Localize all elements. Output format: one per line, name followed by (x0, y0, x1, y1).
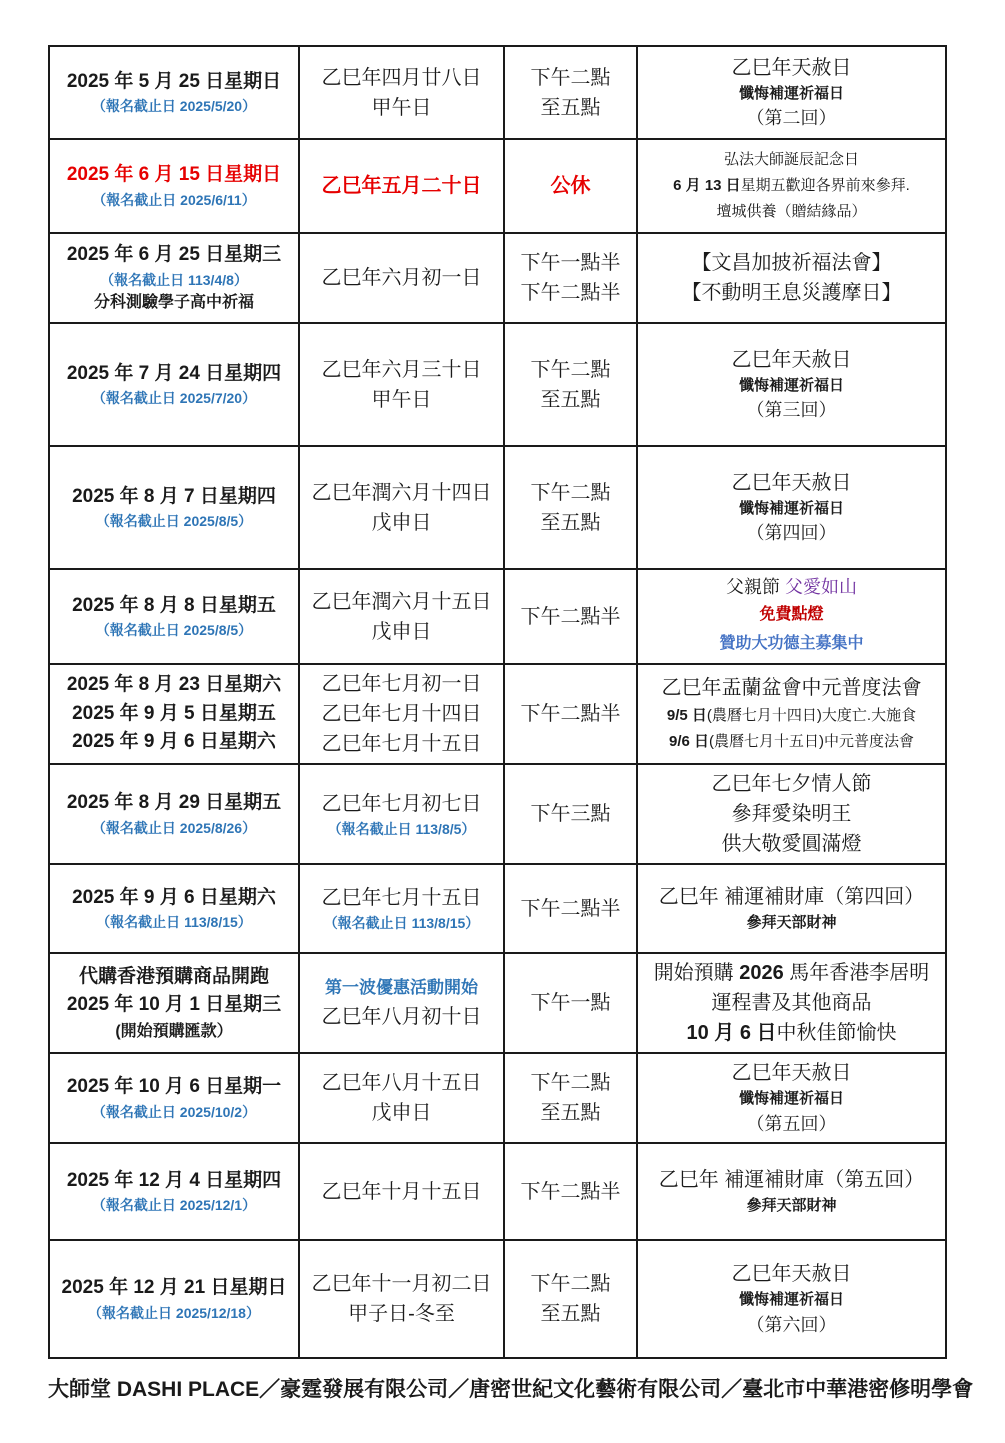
cell-lunar-date: 乙巳年潤六月十五日戊申日 (299, 569, 504, 664)
text-line: 2025 年 12 月 4 日星期四 (52, 1167, 296, 1196)
text-line: 甲午日 (302, 93, 501, 123)
text-line: （報名截止日 2025/12/1） (52, 1195, 296, 1216)
text-line: 乙巳年潤六月十四日 (302, 478, 501, 508)
text-line: 乙巳年天赦日 (640, 1259, 943, 1289)
text-line: 下午二點半 (507, 894, 634, 924)
cell-time: 下午二點至五點 (504, 1240, 637, 1358)
text-line: 供大敬愛圓滿燈 (640, 829, 943, 859)
cell-time: 下午二點至五點 (504, 323, 637, 446)
text-line: 戊申日 (302, 617, 501, 647)
table-row: 2025 年 8 月 29 日星期五（報名截止日 2025/8/26） 乙巳年七… (49, 764, 946, 864)
cell-event: 開始預購 2026 馬年香港李居明運程書及其他商品10 月 6 日中秋佳節愉快 (637, 953, 946, 1053)
text-line: （報名截止日 113/8/5） (302, 819, 501, 840)
text-line: 乙巳年八月初十日 (302, 1002, 501, 1032)
text-line: 參拜愛染明王 (640, 799, 943, 829)
text-line: 下午二點 (507, 63, 634, 93)
text-segment: 中秋佳節愉快 (777, 1022, 897, 1044)
text-line: 乙巳年八月十五日 (302, 1068, 501, 1098)
cell-event: 乙巳年天赦日懺悔補運祈福日（第三回） (637, 323, 946, 446)
text-line: 下午一點半 (507, 248, 634, 278)
text-line: 下午一點 (507, 988, 634, 1018)
text-line: 乙巳年 補運補財庫（第五回） (640, 1165, 943, 1195)
cell-gregorian-date: 2025 年 8 月 8 日星期五（報名截止日 2025/8/5） (49, 569, 299, 664)
text-segment: 父愛如山 (785, 577, 857, 597)
cell-time: 下午三點 (504, 764, 637, 864)
text-line: 戊申日 (302, 1098, 501, 1128)
text-line: 2025 年 7 月 24 日星期四 (52, 360, 296, 389)
text-line: 2025 年 12 月 21 日星期日 (52, 1274, 296, 1303)
schedule-table: 2025 年 5 月 25 日星期日（報名截止日 2025/5/20） 乙巳年四… (48, 45, 947, 1359)
text-line: （報名截止日 2025/5/20） (52, 96, 296, 117)
text-line: 代購香港預購商品開跑 (52, 963, 296, 992)
table-row: 代購香港預購商品開跑2025 年 10 月 1 日星期三(開始預購匯款） 第一波… (49, 953, 946, 1053)
text-line: 乙巳年天赦日 (640, 468, 943, 498)
cell-gregorian-date: 2025 年 9 月 6 日星期六（報名截止日 113/8/15） (49, 864, 299, 953)
text-segment: 6 月 13 日 (673, 177, 741, 194)
text-line: 懺悔補運祈福日 (640, 83, 943, 106)
table-row: 2025 年 7 月 24 日星期四（報名截止日 2025/7/20） 乙巳年六… (49, 323, 946, 446)
cell-event: 【文昌加披祈福法會】【不動明王息災護摩日】 (637, 233, 946, 323)
text-line: 下午二點半 (507, 278, 634, 308)
cell-time: 下午二點至五點 (504, 446, 637, 569)
text-line: 2025 年 8 月 29 日星期五 (52, 789, 296, 818)
text-line: （第三回） (640, 397, 943, 424)
table-row: 2025 年 8 月 8 日星期五（報名截止日 2025/8/5） 乙巳年潤六月… (49, 569, 946, 664)
cell-lunar-date: 第一波優惠活動開始乙巳年八月初十日 (299, 953, 504, 1053)
text-line: （報名截止日 2025/8/26） (52, 818, 296, 839)
text-line: 2025 年 9 月 6 日星期六 (52, 728, 296, 757)
text-line: 乙巳年六月三十日 (302, 355, 501, 385)
table-row: 2025 年 12 月 21 日星期日（報名截止日 2025/12/18） 乙巳… (49, 1240, 946, 1358)
text-line: 下午三點 (507, 799, 634, 829)
cell-gregorian-date: 2025 年 12 月 4 日星期四（報名截止日 2025/12/1） (49, 1143, 299, 1240)
text-segment: 馬年香港李居明 (784, 962, 930, 984)
text-line: 2025 年 6 月 15 日星期日 (52, 161, 296, 190)
cell-event: 乙巳年天赦日懺悔補運祈福日（第四回） (637, 446, 946, 569)
text-line: 2025 年 10 月 6 日星期一 (52, 1073, 296, 1102)
text-line: 懺悔補運祈福日 (640, 1289, 943, 1312)
table-row: 2025 年 6 月 25 日星期三（報名截止日 113/4/8）分科測驗學子高… (49, 233, 946, 323)
text-line: 9/6 日(農曆七月十五日)中元普度法會 (640, 729, 943, 755)
cell-gregorian-date: 2025 年 12 月 21 日星期日（報名截止日 2025/12/18） (49, 1240, 299, 1358)
cell-gregorian-date: 2025 年 6 月 15 日星期日（報名截止日 2025/6/11） (49, 139, 299, 233)
cell-event: 乙巳年 補運補財庫（第五回）參拜天部財神 (637, 1143, 946, 1240)
calendar-page: 2025 年 5 月 25 日星期日（報名截止日 2025/5/20） 乙巳年四… (0, 0, 1005, 1443)
text-line: 乙巳年七夕情人節 (640, 769, 943, 799)
text-line: 下午二點 (507, 1068, 634, 1098)
text-line: 乙巳年天赦日 (640, 1058, 943, 1088)
text-segment: 2026 (739, 962, 784, 984)
cell-event: 乙巳年天赦日懺悔補運祈福日（第五回） (637, 1053, 946, 1143)
cell-event: 乙巳年 補運補財庫（第四回）參拜天部財神 (637, 864, 946, 953)
text-line: 第一波優惠活動開始 (302, 974, 501, 1003)
text-line: 乙巳年天赦日 (640, 53, 943, 83)
text-line: 戊申日 (302, 508, 501, 538)
text-line: 乙巳年潤六月十五日 (302, 587, 501, 617)
cell-gregorian-date: 2025 年 8 月 23 日星期六2025 年 9 月 5 日星期五2025 … (49, 664, 299, 764)
text-line: 乙巳年七月初七日 (302, 789, 501, 819)
cell-event: 乙巳年盂蘭盆會中元普度法會9/5 日(農曆七月十四日)大度亡.大施食9/6 日(… (637, 664, 946, 764)
text-line: 下午二點 (507, 355, 634, 385)
text-line: （第六回） (640, 1312, 943, 1339)
cell-time: 下午二點至五點 (504, 46, 637, 139)
cell-time: 下午一點半下午二點半 (504, 233, 637, 323)
cell-time: 下午一點 (504, 953, 637, 1053)
text-line: 6 月 13 日星期五歡迎各界前來參拜. (640, 173, 943, 199)
text-segment: (農曆七月十五日)中元普度法會 (709, 733, 914, 750)
text-line: 10 月 6 日中秋佳節愉快 (640, 1018, 943, 1048)
text-line: 2025 年 8 月 8 日星期五 (52, 592, 296, 621)
text-line: (開始預購匯款） (52, 1020, 296, 1044)
text-line: 【文昌加披祈福法會】 (640, 248, 943, 278)
cell-gregorian-date: 2025 年 7 月 24 日星期四（報名截止日 2025/7/20） (49, 323, 299, 446)
text-line: 至五點 (507, 1098, 634, 1128)
text-line: （報名截止日 113/8/15） (52, 912, 296, 933)
text-line: 懺悔補運祈福日 (640, 1088, 943, 1111)
cell-lunar-date: 乙巳年五月二十日 (299, 139, 504, 233)
text-line: 【不動明王息災護摩日】 (640, 278, 943, 308)
text-line: 下午二點半 (507, 1177, 634, 1207)
cell-gregorian-date: 2025 年 10 月 6 日星期一（報名截止日 2025/10/2） (49, 1053, 299, 1143)
text-line: 免費點燈 (640, 601, 943, 630)
text-line: 乙巳年七月初一日 (302, 669, 501, 699)
text-line: 2025 年 5 月 25 日星期日 (52, 68, 296, 97)
text-line: 贊助大功德主募集中 (640, 630, 943, 659)
text-segment: 9/5 日 (667, 707, 707, 724)
cell-event: 弘法大師誕辰記念日6 月 13 日星期五歡迎各界前來參拜.壇城供養（贈結緣品） (637, 139, 946, 233)
text-line: （報名截止日 113/8/15） (302, 913, 501, 934)
table-row: 2025 年 6 月 15 日星期日（報名截止日 2025/6/11） 乙巳年五… (49, 139, 946, 233)
text-line: 乙巳年天赦日 (640, 345, 943, 375)
text-line: 下午二點半 (507, 699, 634, 729)
text-segment: 星期五歡迎各界前來參拜. (741, 177, 910, 194)
text-line: 2025 年 8 月 7 日星期四 (52, 483, 296, 512)
text-line: 公休 (507, 171, 634, 201)
text-line: 乙巳年七月十四日 (302, 699, 501, 729)
cell-gregorian-date: 2025 年 8 月 29 日星期五（報名截止日 2025/8/26） (49, 764, 299, 864)
cell-event: 乙巳年天赦日懺悔補運祈福日（第六回） (637, 1240, 946, 1358)
text-line: 乙巳年十一月初二日 (302, 1269, 501, 1299)
text-line: 9/5 日(農曆七月十四日)大度亡.大施食 (640, 703, 943, 729)
text-line: 參拜天部財神 (640, 912, 943, 935)
text-segment: 9/6 日 (669, 733, 709, 750)
text-line: 至五點 (507, 1299, 634, 1329)
text-line: 2025 年 10 月 1 日星期三 (52, 991, 296, 1020)
footer-organizations: 大師堂 DASHI PLACE／豪霆發展有限公司／唐密世紀文化藝術有限公司／臺北… (48, 1373, 945, 1403)
text-segment: (農曆七月十四日)大度亡.大施食 (707, 707, 916, 724)
text-line: （報名截止日 2025/6/11） (52, 190, 296, 211)
text-line: 2025 年 8 月 23 日星期六 (52, 671, 296, 700)
text-line: 懺悔補運祈福日 (640, 498, 943, 521)
text-line: （報名截止日 2025/7/20） (52, 388, 296, 409)
text-line: 下午二點半 (507, 602, 634, 632)
table-row: 2025 年 12 月 4 日星期四（報名截止日 2025/12/1） 乙巳年十… (49, 1143, 946, 1240)
text-line: 分科測驗學子高中祈福 (52, 291, 296, 315)
text-line: 父親節 父愛如山 (640, 574, 943, 601)
text-line: （第四回） (640, 520, 943, 547)
text-line: （第五回） (640, 1111, 943, 1138)
cell-lunar-date: 乙巳年七月初一日乙巳年七月十四日乙巳年七月十五日 (299, 664, 504, 764)
cell-lunar-date: 乙巳年潤六月十四日戊申日 (299, 446, 504, 569)
text-line: 2025 年 6 月 25 日星期三 (52, 241, 296, 270)
text-line: 參拜天部財神 (640, 1195, 943, 1218)
cell-event: 乙巳年天赦日懺悔補運祈福日（第二回） (637, 46, 946, 139)
cell-lunar-date: 乙巳年四月廿八日甲午日 (299, 46, 504, 139)
text-segment: 父親節 (726, 577, 785, 597)
text-segment: 10 月 6 日 (686, 1022, 776, 1044)
text-line: 弘法大師誕辰記念日 (640, 147, 943, 173)
text-line: 甲子日-冬至 (302, 1299, 501, 1329)
cell-time: 下午二點半 (504, 569, 637, 664)
cell-gregorian-date: 2025 年 6 月 25 日星期三（報名截止日 113/4/8）分科測驗學子高… (49, 233, 299, 323)
text-line: 乙巳年四月廿八日 (302, 63, 501, 93)
cell-lunar-date: 乙巳年六月初一日 (299, 233, 504, 323)
cell-lunar-date: 乙巳年七月十五日（報名截止日 113/8/15） (299, 864, 504, 953)
cell-gregorian-date: 代購香港預購商品開跑2025 年 10 月 1 日星期三(開始預購匯款） (49, 953, 299, 1053)
table-row: 2025 年 9 月 6 日星期六（報名截止日 113/8/15） 乙巳年七月十… (49, 864, 946, 953)
text-segment: 開始預購 (654, 962, 740, 984)
text-line: 乙巳年七月十五日 (302, 883, 501, 913)
text-line: 乙巳年十月十五日 (302, 1177, 501, 1207)
text-line: 運程書及其他商品 (640, 988, 943, 1018)
text-line: 2025 年 9 月 5 日星期五 (52, 700, 296, 729)
text-line: （報名截止日 2025/8/5） (52, 620, 296, 641)
text-line: 乙巳年五月二十日 (302, 171, 501, 201)
text-line: 至五點 (507, 385, 634, 415)
text-line: （報名截止日 2025/8/5） (52, 511, 296, 532)
text-line: 2025 年 9 月 6 日星期六 (52, 884, 296, 913)
cell-lunar-date: 乙巳年八月十五日戊申日 (299, 1053, 504, 1143)
text-line: 懺悔補運祈福日 (640, 375, 943, 398)
cell-lunar-date: 乙巳年十月十五日 (299, 1143, 504, 1240)
text-line: 乙巳年七月十五日 (302, 729, 501, 759)
table-row: 2025 年 8 月 7 日星期四（報名截止日 2025/8/5） 乙巳年潤六月… (49, 446, 946, 569)
cell-lunar-date: 乙巳年六月三十日甲午日 (299, 323, 504, 446)
cell-time: 下午二點半 (504, 664, 637, 764)
text-line: 乙巳年盂蘭盆會中元普度法會 (640, 673, 943, 703)
text-line: 乙巳年 補運補財庫（第四回） (640, 882, 943, 912)
text-line: （第二回） (640, 105, 943, 132)
cell-time: 下午二點至五點 (504, 1053, 637, 1143)
schedule-table-body: 2025 年 5 月 25 日星期日（報名截止日 2025/5/20） 乙巳年四… (49, 46, 946, 1358)
table-row: 2025 年 8 月 23 日星期六2025 年 9 月 5 日星期五2025 … (49, 664, 946, 764)
text-line: （報名截止日 2025/12/18） (52, 1303, 296, 1324)
cell-time: 下午二點半 (504, 1143, 637, 1240)
cell-gregorian-date: 2025 年 8 月 7 日星期四（報名截止日 2025/8/5） (49, 446, 299, 569)
text-line: 甲午日 (302, 385, 501, 415)
text-line: 下午二點 (507, 1269, 634, 1299)
text-line: 至五點 (507, 93, 634, 123)
text-line: 壇城供養（贈結緣品） (640, 199, 943, 225)
cell-gregorian-date: 2025 年 5 月 25 日星期日（報名截止日 2025/5/20） (49, 46, 299, 139)
cell-time: 公休 (504, 139, 637, 233)
text-line: 開始預購 2026 馬年香港李居明 (640, 958, 943, 988)
cell-event: 乙巳年七夕情人節參拜愛染明王供大敬愛圓滿燈 (637, 764, 946, 864)
text-line: （報名截止日 113/4/8） (52, 270, 296, 291)
text-line: 下午二點 (507, 478, 634, 508)
cell-time: 下午二點半 (504, 864, 637, 953)
text-line: 至五點 (507, 508, 634, 538)
cell-lunar-date: 乙巳年十一月初二日甲子日-冬至 (299, 1240, 504, 1358)
cell-event: 父親節 父愛如山免費點燈贊助大功德主募集中 (637, 569, 946, 664)
text-line: （報名截止日 2025/10/2） (52, 1102, 296, 1123)
table-row: 2025 年 5 月 25 日星期日（報名截止日 2025/5/20） 乙巳年四… (49, 46, 946, 139)
table-row: 2025 年 10 月 6 日星期一（報名截止日 2025/10/2） 乙巳年八… (49, 1053, 946, 1143)
text-line: 乙巳年六月初一日 (302, 263, 501, 293)
cell-lunar-date: 乙巳年七月初七日（報名截止日 113/8/5） (299, 764, 504, 864)
